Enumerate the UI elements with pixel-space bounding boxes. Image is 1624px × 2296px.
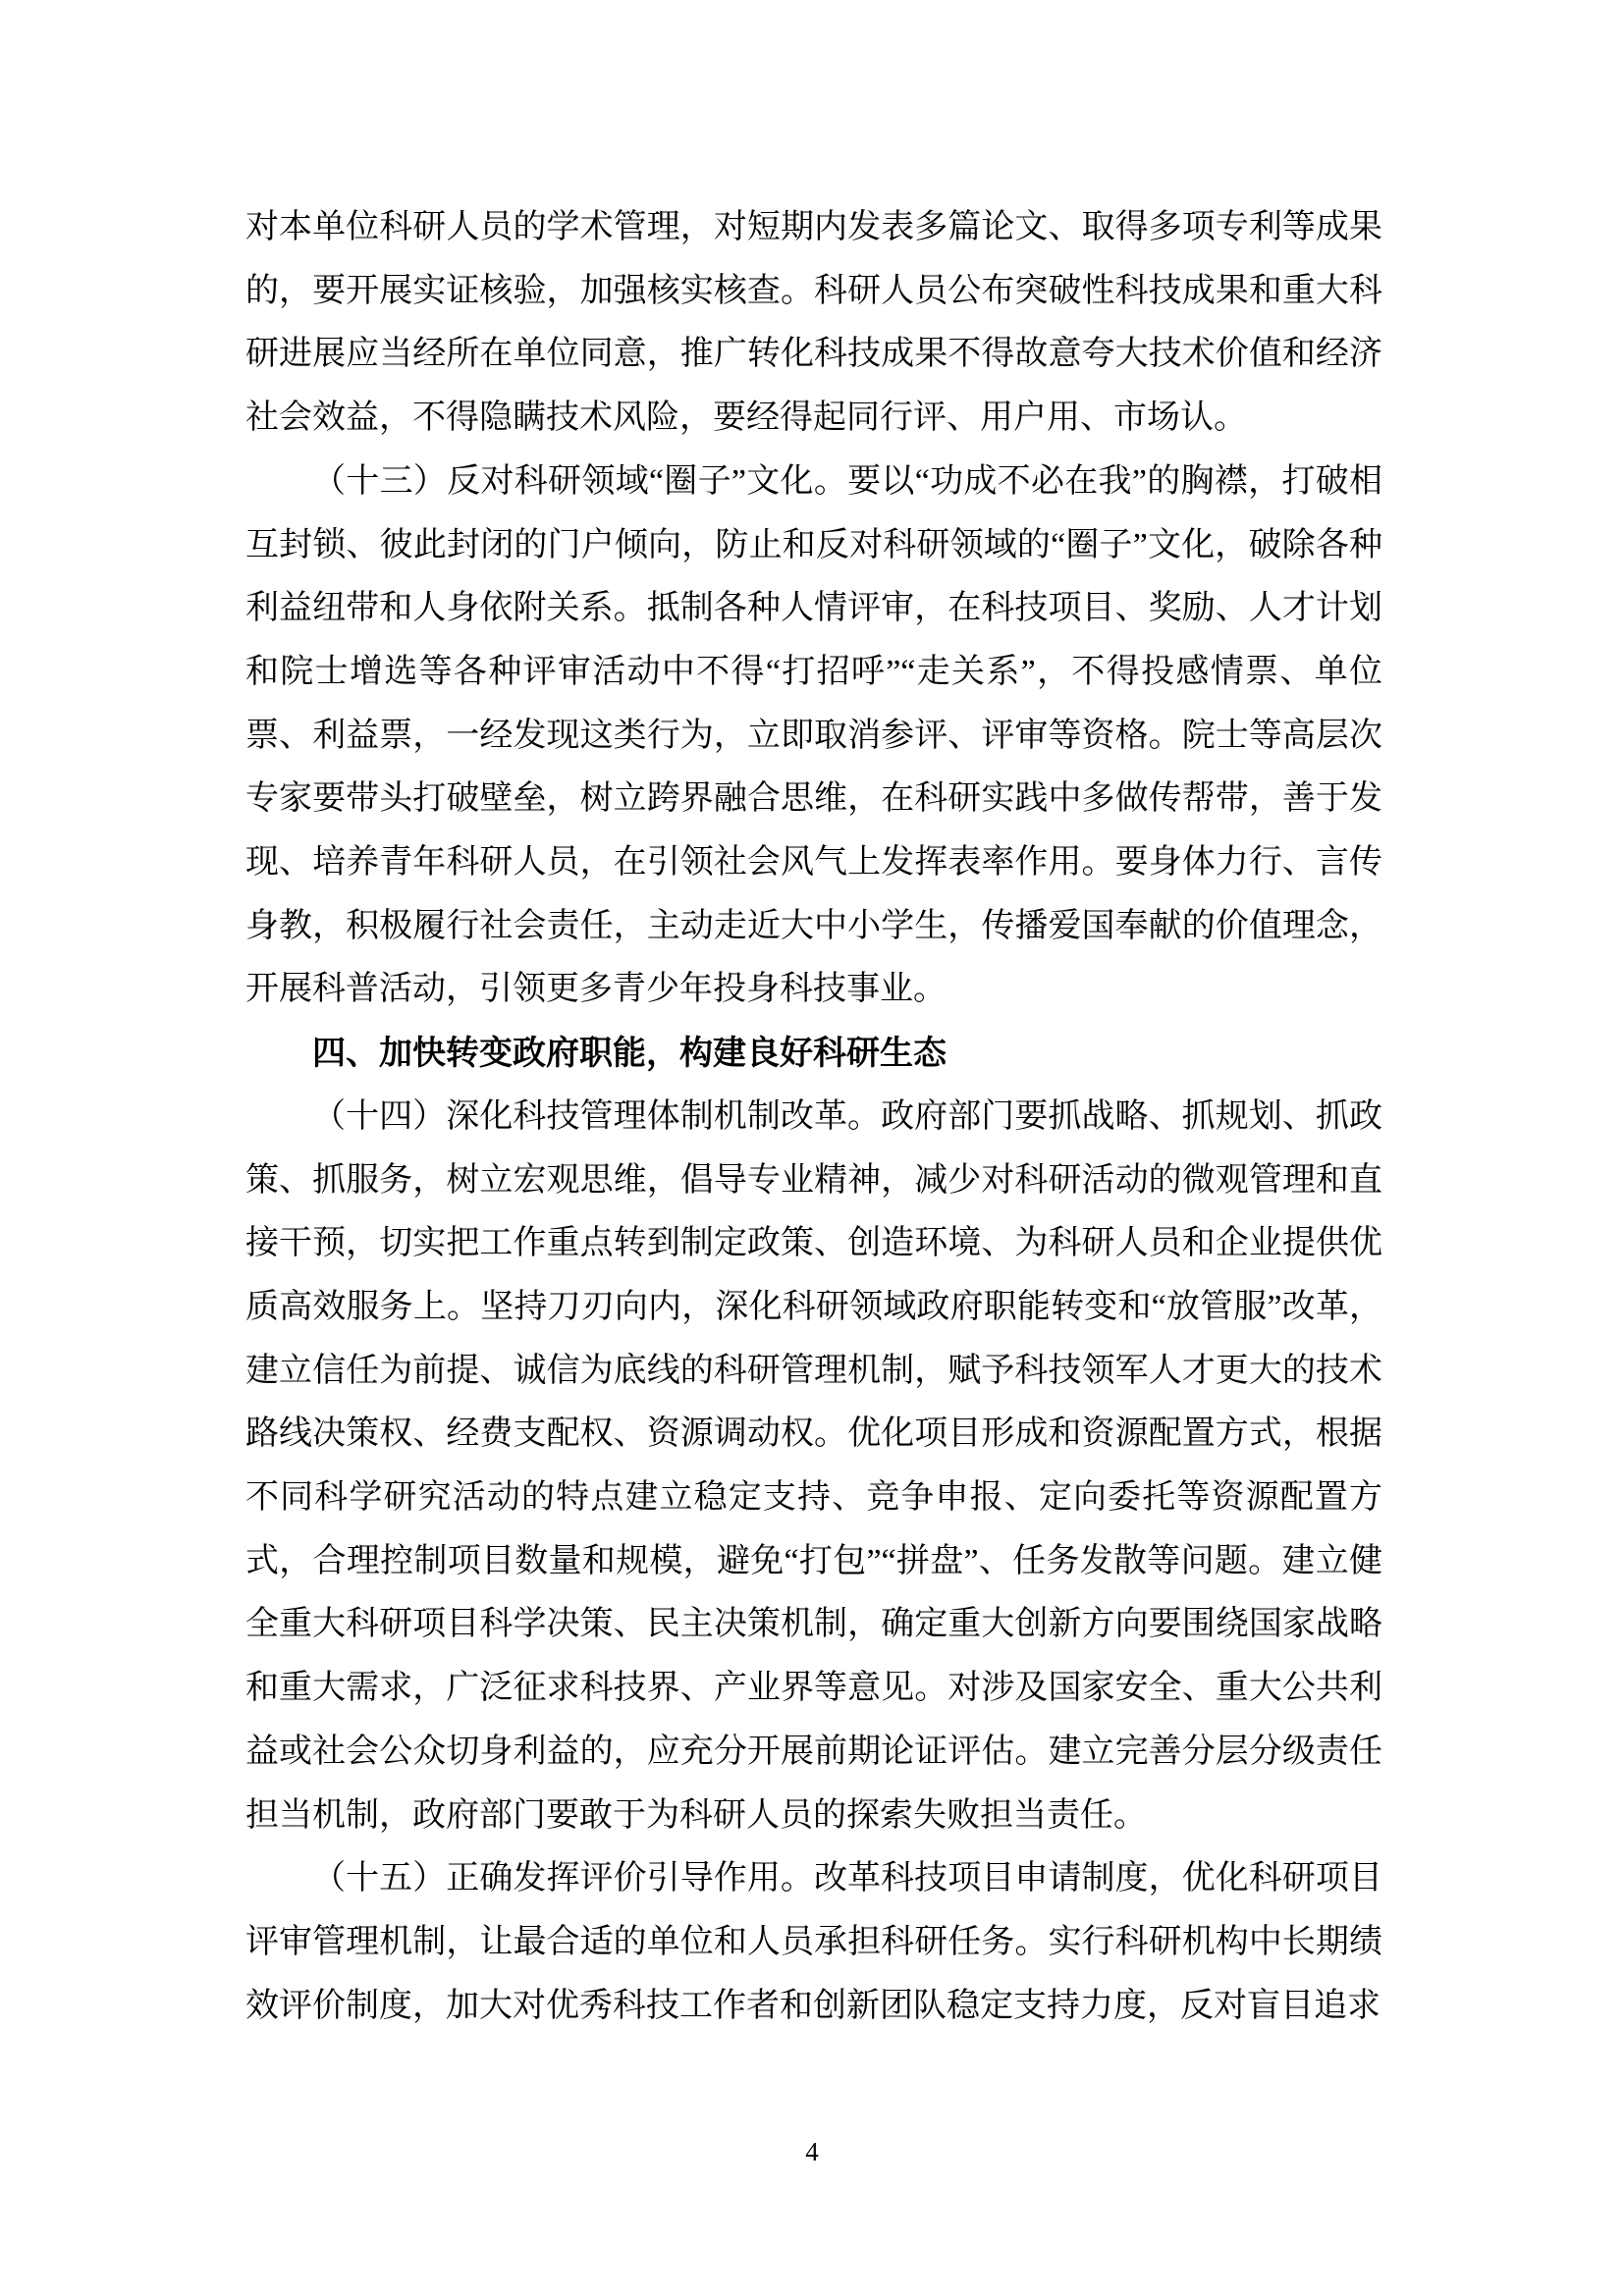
paragraph-item-15: （十五）正确发挥评价引导作用。改革科技项目申请制度，优化科研项目评审管理机制，让… (245, 1847, 1382, 2038)
document-body: 对本单位科研人员的学术管理，对短期内发表多篇论文、取得多项专利等成果的，要开展实… (245, 196, 1382, 2038)
page-number: 4 (0, 2136, 1624, 2167)
paragraph-item-14: （十四）深化科技管理体制机制改革。政府部门要抓战略、抓规划、抓政策、抓服务，树立… (245, 1086, 1382, 1847)
paragraph-item-13: （十三）反对科研领域“圈子”文化。要以“功成不必在我”的胸襟，打破相互封锁、彼此… (245, 451, 1382, 1022)
paragraph-continuation-from-previous-page: 对本单位科研人员的学术管理，对短期内发表多篇论文、取得多项专利等成果的，要开展实… (245, 196, 1382, 451)
document-page: 对本单位科研人员的学术管理，对短期内发表多篇论文、取得多项专利等成果的，要开展实… (0, 0, 1624, 2296)
section-heading-part-4: 四、加快转变政府职能，构建良好科研生态 (245, 1022, 1382, 1086)
